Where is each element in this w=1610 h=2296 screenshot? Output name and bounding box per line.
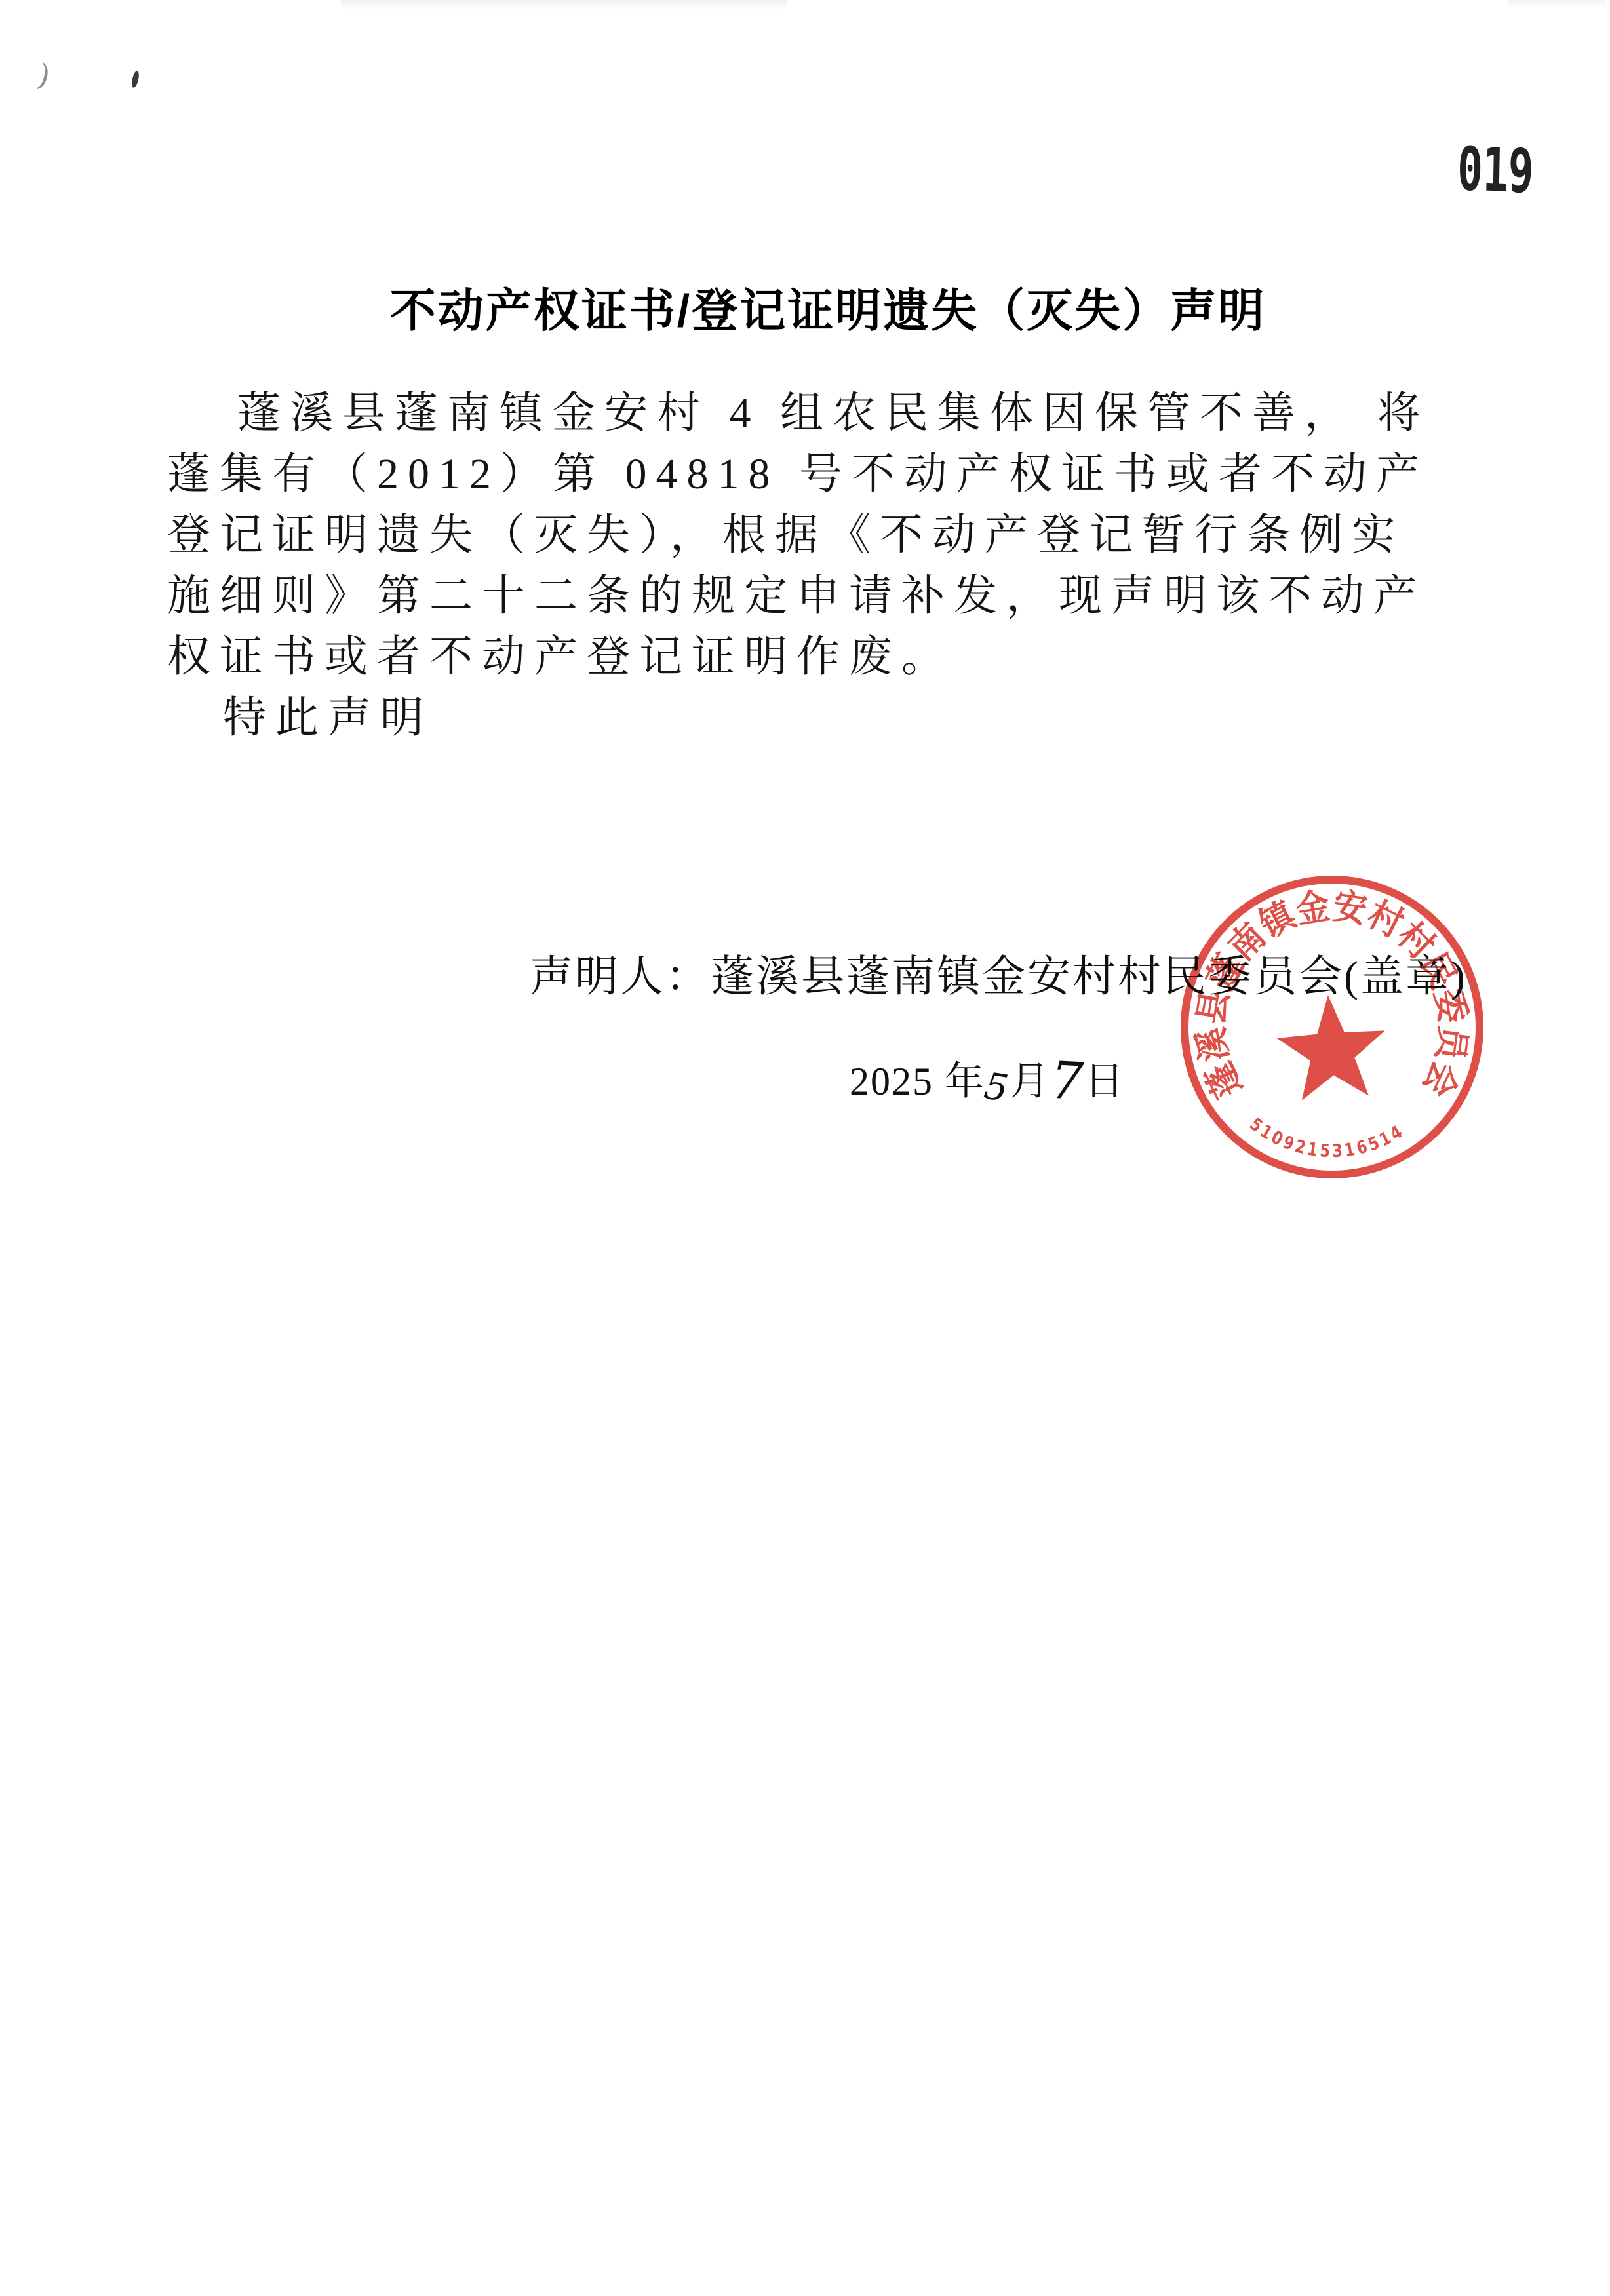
document-title: 不动产权证书/登记证明遗失（灭失）声明: [0, 288, 1610, 334]
body-line: 登记证明遗失（灭失），根据《不动产登记暂行条例实: [167, 514, 1404, 557]
scan-artifact-speck: [130, 70, 140, 88]
scan-smudge: [341, 0, 787, 10]
date-year: 2025 年: [850, 1060, 985, 1103]
body-line: 权证书或者不动产登记证明作废。: [167, 636, 954, 679]
date-day-label: 日: [1084, 1060, 1125, 1103]
date-day-handwritten: 7: [1050, 1081, 1084, 1083]
seal-star-icon: [1277, 995, 1385, 1100]
scanned-document-page: ) 019 不动产权证书/登记证明遗失（灭失）声明 蓬溪县蓬南镇金安村 4 组农…: [0, 0, 1610, 2296]
body-line: 施细则》第二十二条的规定申请补发，现声明该不动产: [167, 575, 1426, 618]
official-seal: 蓬溪县蓬南镇金安村村民委员会 5109215316514: [1178, 873, 1486, 1181]
scan-artifact-mark: ): [35, 60, 54, 92]
body-line: 蓬溪县蓬南镇金安村 4 组农民集体因保管不善， 将: [237, 392, 1430, 435]
date-month-handwritten: 5: [985, 1086, 1009, 1090]
date-line: 2025 年5月7日: [850, 1062, 1125, 1101]
date-month-label: 月: [1010, 1060, 1051, 1103]
body-line-closing: 特此声明: [223, 697, 433, 740]
page-number-stamp: 019: [1457, 139, 1534, 202]
seal-code-text: 5109215316514: [1246, 1114, 1408, 1162]
body-line: 蓬集有（2012）第 04818 号不动产权证书或者不动产: [167, 453, 1428, 496]
scan-smudge: [1508, 0, 1606, 8]
